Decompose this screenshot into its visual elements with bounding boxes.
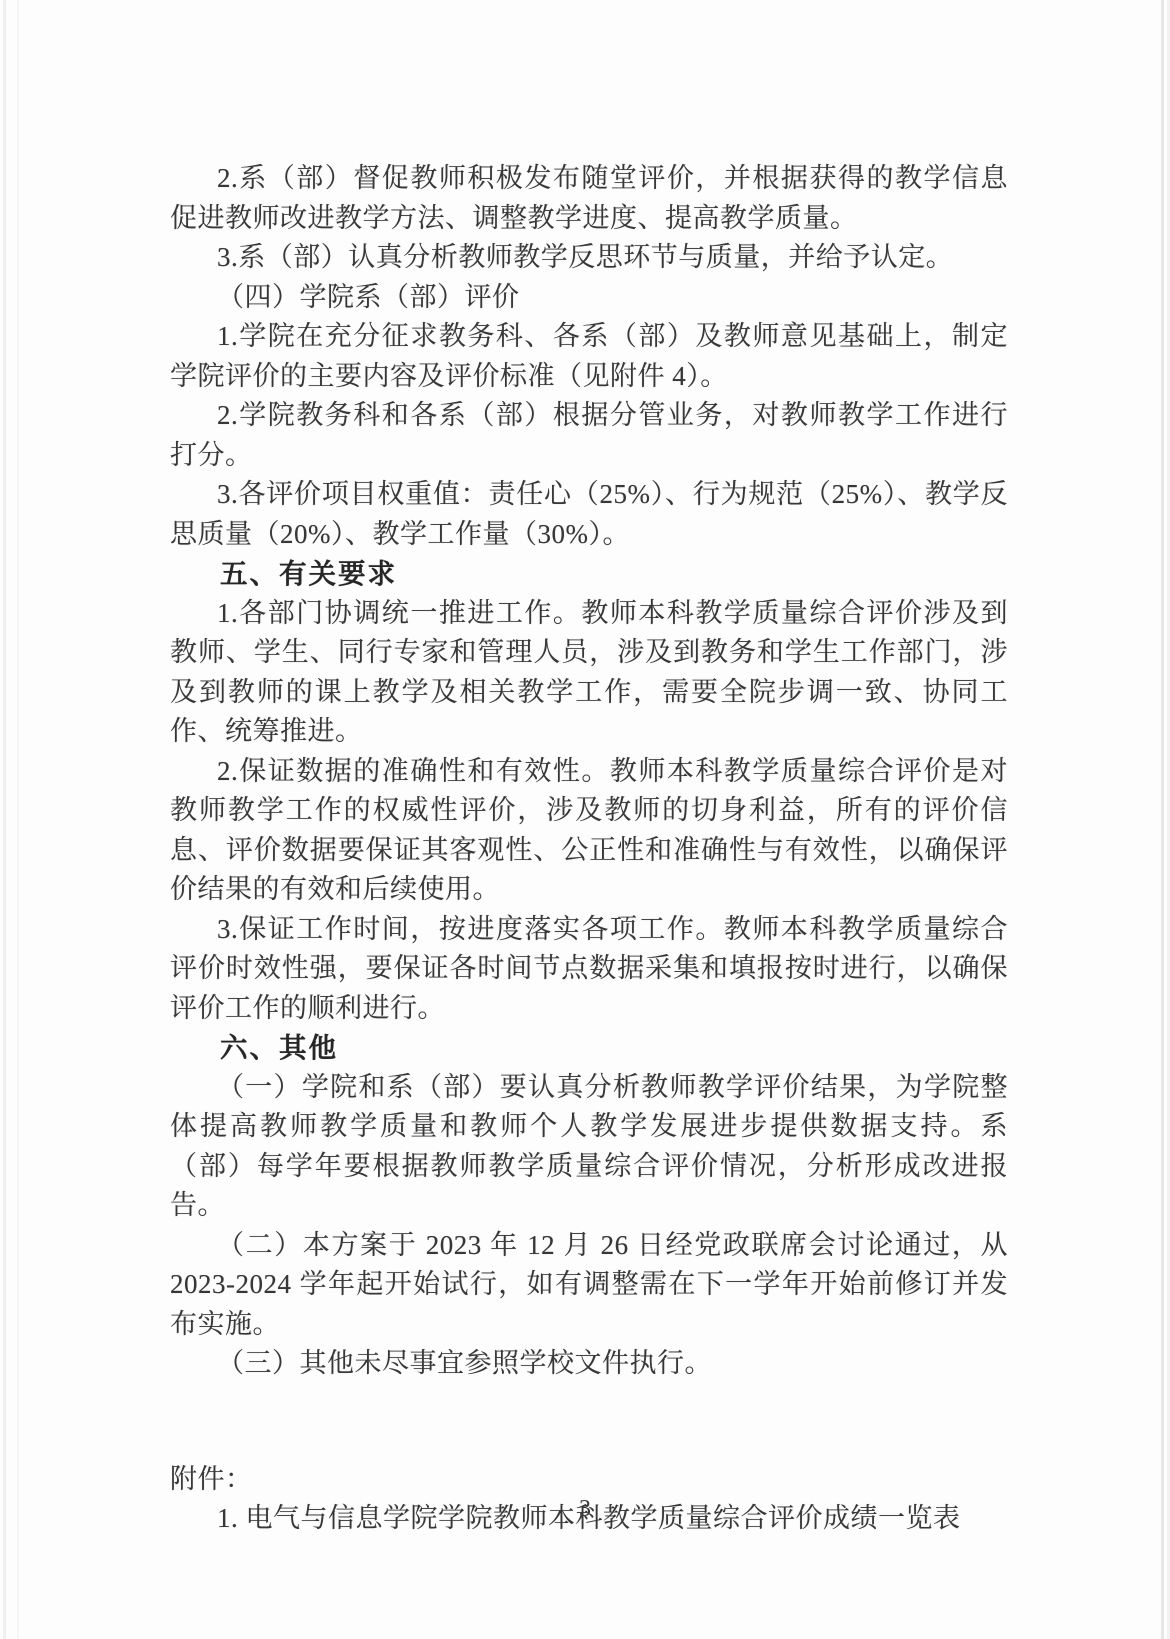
paragraph-dept-supervision: 2.系（部）督促教师积极发布随堂评价，并根据获得的教学信息促进教师改进教学方法、…: [170, 159, 1008, 238]
paragraph-work-schedule: 3.保证工作时间，按进度落实各项工作。教师本科教学质量综合评价时效性强，要保证各…: [170, 910, 1008, 1029]
paragraph-subsection-four-title: （四）学院系（部）评价: [170, 278, 1008, 318]
section-heading-requirements: 五、有关要求: [170, 554, 1008, 594]
section-heading-others: 六、其他: [170, 1028, 1008, 1068]
document-body: 2.系（部）督促教师积极发布随堂评价，并根据获得的教学信息促进教师改进教学方法、…: [170, 159, 1008, 1539]
paragraph-dept-reflection: 3.系（部）认真分析教师教学反思环节与质量，并给予认定。: [170, 238, 1008, 278]
paragraph-other-matters: （三）其他未尽事宜参照学校文件执行。: [170, 1344, 1008, 1384]
paragraph-data-accuracy: 2.保证数据的准确性和有效性。教师本科教学质量综合评价是对教师教学工作的权威性评…: [170, 752, 1008, 910]
paragraph-college-standards: 1.学院在充分征求教务科、各系（部）及教师意见基础上，制定学院评价的主要内容及评…: [170, 317, 1008, 396]
paragraph-college-scoring: 2.学院教务科和各系（部）根据分管业务，对教师教学工作进行打分。: [170, 396, 1008, 475]
scanned-document-page: 2.系（部）督促教师积极发布随堂评价，并根据获得的教学信息促进教师改进教学方法、…: [0, 0, 1170, 1639]
page-number: 3: [0, 1496, 1170, 1523]
scan-edge-line-left-outer: [3, 0, 6, 1639]
attachments-label: 附件：: [170, 1460, 1008, 1500]
scan-edge-line-left-inner: [17, 0, 19, 1639]
paragraph-coordination: 1.各部门协调统一推进工作。教师本科教学质量综合评价涉及到教师、学生、同行专家和…: [170, 594, 1008, 752]
paragraph-approval-date: （二）本方案于 2023 年 12 月 26 日经党政联席会讨论通过，从 202…: [170, 1226, 1008, 1345]
paragraph-result-analysis: （一）学院和系（部）要认真分析教师教学评价结果，为学院整体提高教师教学质量和教师…: [170, 1068, 1008, 1226]
paragraph-weight-values: 3.各评价项目权重值：责任心（25%）、行为规范（25%）、教学反思质量（20%…: [170, 475, 1008, 554]
scan-edge-line-right-inner: [1161, 0, 1164, 1639]
